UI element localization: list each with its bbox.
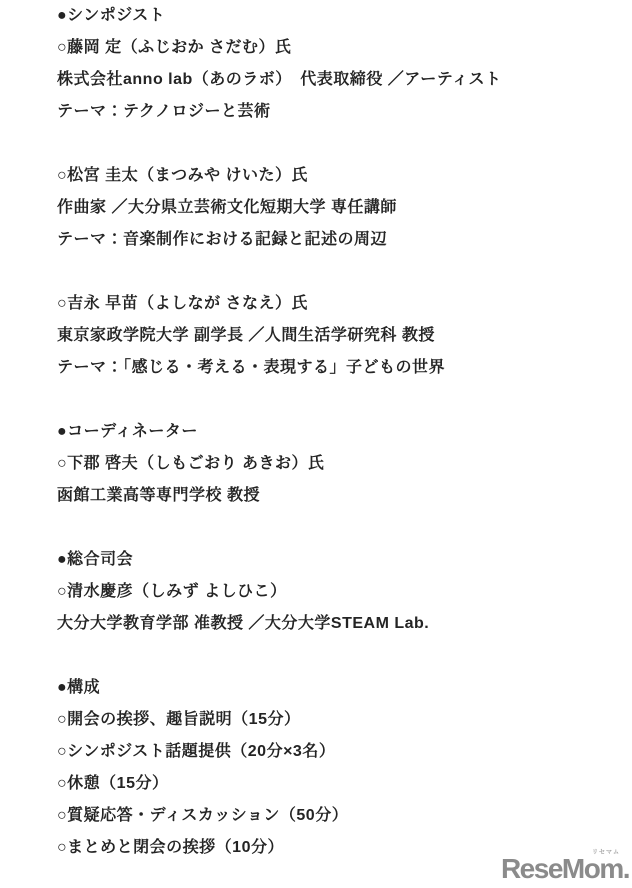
speaker-block-fujioka: ○藤岡 定（ふじおか さだむ）氏 株式会社anno lab（あのラボ） 代表取締… (57, 32, 632, 128)
speaker-name-line: ○松宮 圭太（まつみや けいた）氏 (57, 160, 632, 192)
program-item-line: ○休憩（15分） (57, 768, 632, 800)
symposium-info-document: ●シンポジスト ○藤岡 定（ふじおか さだむ）氏 株式会社anno lab（あの… (57, 0, 632, 864)
mc-section-header: ●総合司会 (57, 544, 632, 576)
program-item-line: ○開会の挨拶、趣旨説明（15分） (57, 704, 632, 736)
program-item-line: ○質疑応答・ディスカッション（50分） (57, 800, 632, 832)
symposists-section-header: ●シンポジスト (57, 0, 632, 32)
resemom-logo: リセマム ReseMom. (501, 855, 629, 883)
section-symposists: ●シンポジスト ○藤岡 定（ふじおか さだむ）氏 株式会社anno lab（あの… (57, 0, 632, 384)
speaker-theme-line: テーマ：音楽制作における記録と記述の周辺 (57, 224, 632, 256)
speaker-title-line: 株式会社anno lab（あのラボ） 代表取締役 ／アーティスト (57, 64, 632, 96)
speaker-theme-line: テーマ：「感じる・考える・表現する」子どもの世界 (57, 352, 632, 384)
speaker-title-line: 作曲家 ／大分県立芸術文化短期大学 専任講師 (57, 192, 632, 224)
section-mc: ●総合司会 ○清水慶彦（しみず よしひこ） 大分大学教育学部 准教授 ／大分大学… (57, 544, 632, 640)
coordinator-block: ○下郡 啓夫（しもごおり あきお）氏 函館工業高等専門学校 教授 (57, 448, 632, 512)
coordinator-name-line: ○下郡 啓夫（しもごおり あきお）氏 (57, 448, 632, 480)
mc-name-line: ○清水慶彦（しみず よしひこ） (57, 576, 632, 608)
speaker-name-line: ○藤岡 定（ふじおか さだむ）氏 (57, 32, 632, 64)
resemom-logo-wordmark: ReseMom. (501, 853, 629, 884)
speaker-block-yoshinaga: ○吉永 早苗（よしなが さなえ）氏 東京家政学院大学 副学長 ／人間生活学研究科… (57, 288, 632, 384)
speaker-block-matsumiya: ○松宮 圭太（まつみや けいた）氏 作曲家 ／大分県立芸術文化短期大学 専任講師… (57, 160, 632, 256)
coordinator-section-header: ●コーディネーター (57, 416, 632, 448)
program-section-header: ●構成 (57, 672, 632, 704)
coordinator-title-line: 函館工業高等専門学校 教授 (57, 480, 632, 512)
mc-block: ○清水慶彦（しみず よしひこ） 大分大学教育学部 准教授 ／大分大学STEAM … (57, 576, 632, 640)
section-program: ●構成 ○開会の挨拶、趣旨説明（15分） ○シンポジスト話題提供（20分×3名）… (57, 672, 632, 864)
speaker-title-line: 東京家政学院大学 副学長 ／人間生活学研究科 教授 (57, 320, 632, 352)
mc-title-line: 大分大学教育学部 准教授 ／大分大学STEAM Lab. (57, 608, 632, 640)
program-item-line: ○シンポジスト話題提供（20分×3名） (57, 736, 632, 768)
resemom-logo-furigana: リセマム (592, 850, 620, 856)
speaker-theme-line: テーマ：テクノロジーと芸術 (57, 96, 632, 128)
section-coordinator: ●コーディネーター ○下郡 啓夫（しもごおり あきお）氏 函館工業高等専門学校 … (57, 416, 632, 512)
speaker-name-line: ○吉永 早苗（よしなが さなえ）氏 (57, 288, 632, 320)
program-block: ○開会の挨拶、趣旨説明（15分） ○シンポジスト話題提供（20分×3名） ○休憩… (57, 704, 632, 864)
